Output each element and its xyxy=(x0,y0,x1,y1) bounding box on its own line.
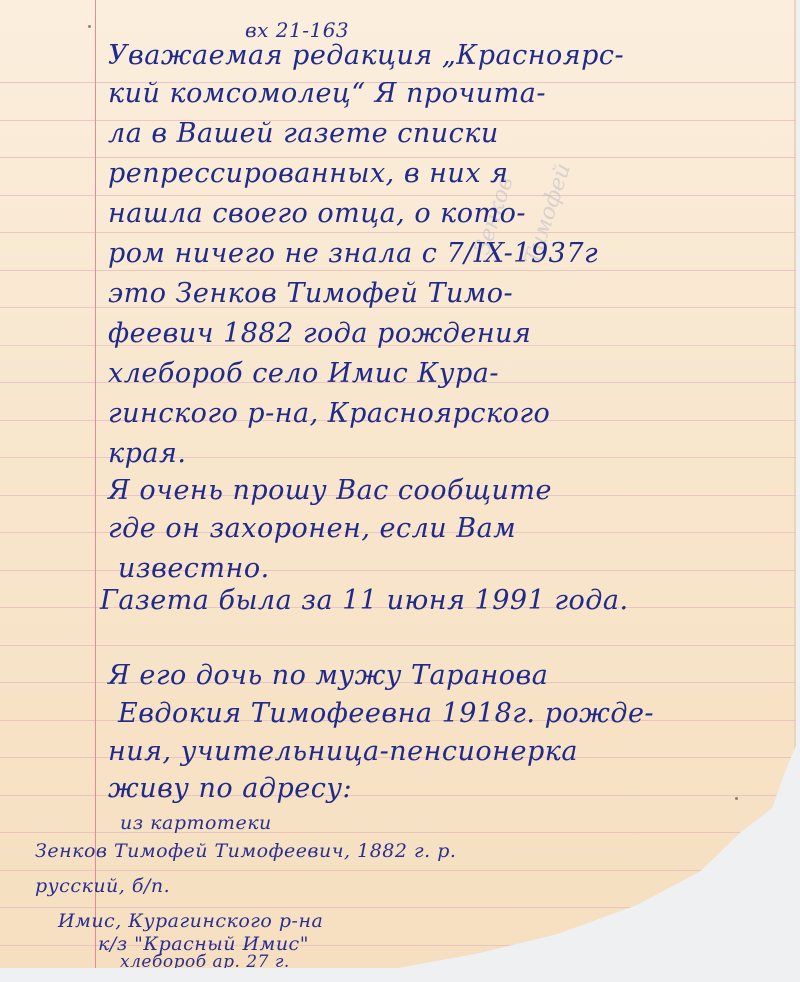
archive-note-line: хлебороб ар. 27 г. xyxy=(120,952,290,972)
letter-line: репрессированных, в них я xyxy=(108,158,509,189)
ruled-line xyxy=(0,870,796,871)
letter-line: ла в Вашей газете списки xyxy=(108,118,499,149)
letter-line: феевич 1882 года рождения xyxy=(108,318,531,349)
letter-line: края. xyxy=(108,438,186,469)
ruled-line xyxy=(0,270,796,271)
paper-speck xyxy=(88,25,91,28)
letter-line: Я очень прошу Вас сообщите xyxy=(108,475,552,506)
letter-line: ния, учительница-пенсионерка xyxy=(108,736,578,767)
margin-line xyxy=(95,0,96,968)
letter-sheet: Зенков Тимофей вх 21-163 Уважаемая редак… xyxy=(0,0,796,968)
letter-line: Уважаемая редакция „Красноярс- xyxy=(108,40,624,71)
letter-line: нашла своего отца, о кото- xyxy=(108,198,526,229)
archive-note-line: Зенков Тимофей Тимофеевич, 1882 г. р. xyxy=(35,840,456,862)
letter-line: это Зенков Тимофей Тимо- xyxy=(108,278,513,309)
ruled-line xyxy=(0,645,796,646)
ruled-line xyxy=(0,195,796,196)
letter-line: кий комсомолец“ Я прочита- xyxy=(108,78,546,109)
ruled-line xyxy=(0,907,796,908)
letter-line: живу по адресу: xyxy=(108,773,352,804)
letter-line: ром ничего не знала с 7/IX-1937г xyxy=(108,238,598,269)
ruled-line xyxy=(0,232,796,233)
archive-note-line: русский, б/п. xyxy=(35,875,170,897)
archive-note-header: из картотеки xyxy=(120,812,272,834)
registration-mark: вх 21-163 xyxy=(245,18,349,42)
letter-line: Евдокия Тимофеевна 1918г. рожде- xyxy=(118,698,654,729)
archive-note-line: Имис, Курагинского р-на xyxy=(58,910,323,932)
letter-line: Я его дочь по мужу Таранова xyxy=(108,660,548,691)
letter-line: гинского р-на, Красноярского xyxy=(108,398,550,429)
letter-line: Газета была за 11 июня 1991 года. xyxy=(100,585,629,616)
paper-speck xyxy=(735,797,738,800)
letter-line: известно. xyxy=(118,553,270,584)
letter-line: где он захоронен, если Вам xyxy=(108,513,516,544)
letter-line: хлебороб село Имис Кура- xyxy=(108,358,499,389)
